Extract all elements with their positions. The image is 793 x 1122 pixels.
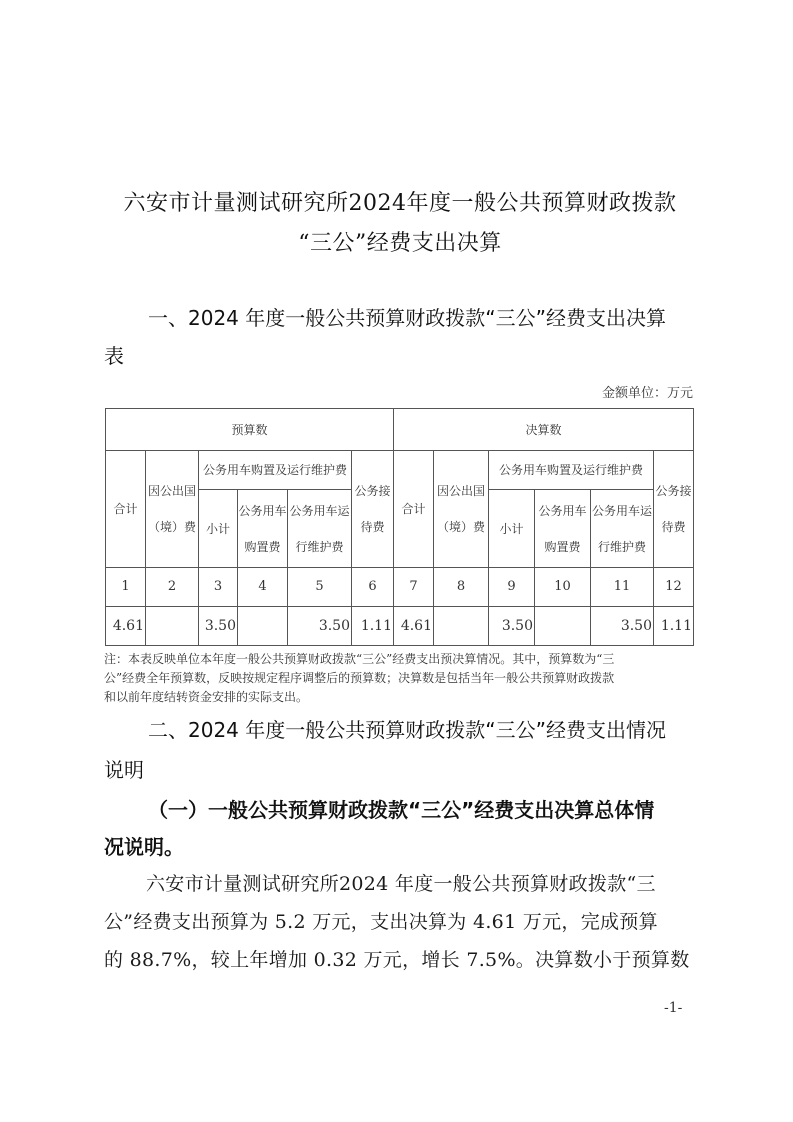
column-number: 11 [591, 568, 654, 607]
budget-group-header: 预算数 [106, 409, 394, 451]
header-vehicle-maintenance: 公务用车运 行维护费 [288, 490, 352, 568]
value-final-vehicle-subtotal: 3.50 [489, 607, 535, 646]
section2-heading-line2: 说明 [104, 754, 144, 783]
header-abroad-line1: 因公出国 [434, 473, 488, 509]
header-maintenance-line1: 公务用车运 [591, 493, 653, 529]
value-budget-vehicle-purchase [238, 607, 288, 646]
page-number: -1- [664, 1000, 682, 1016]
column-number: 12 [654, 568, 694, 607]
header-maintenance-line2: 行维护费 [591, 529, 653, 565]
value-budget-reception: 1.11 [352, 607, 394, 646]
header-vehicle-maintenance: 公务用车运 行维护费 [591, 490, 654, 568]
column-number: 8 [434, 568, 489, 607]
header-purchase-line2: 购置费 [238, 529, 287, 565]
header-total: 合计 [394, 451, 434, 568]
header-subtotal: 小计 [199, 490, 238, 568]
header-vehicle-purchase: 公务用车 购置费 [238, 490, 288, 568]
column-number: 5 [288, 568, 352, 607]
column-number: 1 [106, 568, 146, 607]
header-abroad: 因公出国 （境）费 [146, 451, 199, 568]
note-line: 注：本表反映单位本年度一般公共预算财政拨款“三公”经费支出预决算情况。其中，预算… [104, 650, 696, 669]
header-reception-line2: 待费 [654, 509, 693, 545]
value-budget-vehicle-subtotal: 3.50 [199, 607, 238, 646]
column-number: 4 [238, 568, 288, 607]
section2-heading-line1: 二、2024 年度一般公共预算财政拨款“三公”经费支出情况 [148, 714, 666, 743]
header-reception-line1: 公务接 [352, 473, 393, 509]
section1-heading-line2: 表 [104, 340, 124, 369]
final-accounts-group-header: 决算数 [394, 409, 694, 451]
header-purchase-line1: 公务用车 [535, 493, 590, 529]
header-purchase-line2: 购置费 [535, 529, 590, 565]
header-total: 合计 [106, 451, 146, 568]
value-budget-abroad [146, 607, 199, 646]
header-subtotal: 小计 [489, 490, 535, 568]
header-maintenance-line2: 行维护费 [288, 529, 351, 565]
subsection1-heading-line2: 况说明。 [104, 831, 184, 860]
value-budget-vehicle-maintenance: 3.50 [288, 607, 352, 646]
section1-heading-line1: 一、2024 年度一般公共预算财政拨款“三公”经费支出决算 [148, 302, 666, 331]
header-abroad-line2: （境）费 [146, 509, 198, 545]
column-number: 6 [352, 568, 394, 607]
document-title-line1: 六安市计量测试研究所2024年度一般公共预算财政拨款 [100, 186, 700, 217]
note-line: 和以前年度结转资金安排的实际支出。 [104, 688, 696, 707]
table-header-row-1: 合计 因公出国 （境）费 公务用车购置及运行维护费 公务接 待费 合计 因公出国… [106, 451, 694, 490]
header-abroad-line2: （境）费 [434, 509, 488, 545]
column-number: 9 [489, 568, 535, 607]
value-final-total: 4.61 [394, 607, 434, 646]
header-abroad-line1: 因公出国 [146, 473, 198, 509]
value-final-vehicle-maintenance: 3.50 [591, 607, 654, 646]
table-row: 4.61 3.50 3.50 1.11 4.61 3.50 3.50 1.11 [106, 607, 694, 646]
unit-label: 金额单位：万元 [602, 382, 693, 401]
three-public-expenses-table: 预算数 决算数 合计 因公出国 （境）费 公务用车购置及运行维护费 公务接 待费… [105, 408, 694, 646]
value-budget-total: 4.61 [106, 607, 146, 646]
table-column-number-row: 1 2 3 4 5 6 7 8 9 10 11 12 [106, 568, 694, 607]
header-reception: 公务接 待费 [352, 451, 394, 568]
document-title-line2: “三公”经费支出决算 [100, 226, 700, 257]
header-reception-line2: 待费 [352, 509, 393, 545]
header-maintenance-line1: 公务用车运 [288, 493, 351, 529]
value-final-reception: 1.11 [654, 607, 694, 646]
column-number: 7 [394, 568, 434, 607]
paragraph-line: 公”经费支出预算为 5.2 万元，支出决算为 4.61 万元，完成预算 [104, 907, 658, 934]
value-final-abroad [434, 607, 489, 646]
subsection1-heading-line1: （一）一般公共预算财政拨款“三公”经费支出决算总体情 [148, 794, 654, 823]
paragraph-line: 的 88.7%，较上年增加 0.32 万元，增长 7.5%。决算数小于预算数 [104, 945, 690, 972]
header-vehicle-group: 公务用车购置及运行维护费 [489, 451, 654, 490]
note-line: 公”经费全年预算数，反映按规定程序调整后的预算数；决算数是包括当年一般公共预算财… [104, 669, 696, 688]
header-vehicle-group: 公务用车购置及运行维护费 [199, 451, 352, 490]
column-number: 3 [199, 568, 238, 607]
table-note: 注：本表反映单位本年度一般公共预算财政拨款“三公”经费支出预决算情况。其中，预算… [104, 650, 696, 707]
header-purchase-line1: 公务用车 [238, 493, 287, 529]
column-number: 2 [146, 568, 199, 607]
value-final-vehicle-purchase [535, 607, 591, 646]
header-reception: 公务接 待费 [654, 451, 694, 568]
table-group-header-row: 预算数 决算数 [106, 409, 694, 451]
column-number: 10 [535, 568, 591, 607]
header-reception-line1: 公务接 [654, 473, 693, 509]
paragraph-line: 六安市计量测试研究所2024 年度一般公共预算财政拨款“三 [146, 869, 656, 896]
header-abroad: 因公出国 （境）费 [434, 451, 489, 568]
header-vehicle-purchase: 公务用车 购置费 [535, 490, 591, 568]
